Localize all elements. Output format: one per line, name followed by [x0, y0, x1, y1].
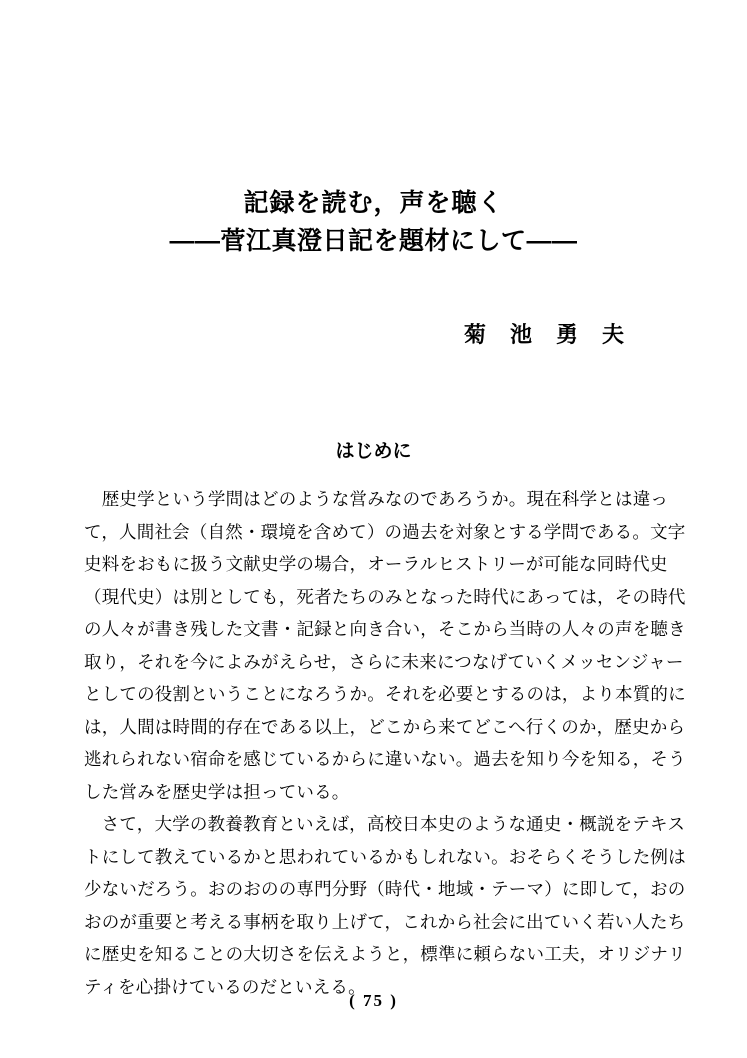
- text-line: て，人間社会（自然・環境を含めて）の過去を対象とする学問である。文字: [84, 516, 668, 549]
- text-line: した営みを歴史学は担っている。: [84, 776, 668, 809]
- text-line: 歴史学という学問はどのような営みなのであろうか。現在科学とは違っ: [84, 483, 668, 516]
- document-page: 記録を読む，声を聴く ——菅江真澄日記を題材にして—— 菊 池 勇 夫 はじめに…: [0, 0, 747, 1058]
- text-line: に歴史を知ることの大切さを伝えようと，標準に頼らない工夫，オリジナリ: [84, 938, 668, 971]
- text-line: トにして教えているかと思われているかもしれない。おそらくそうした例は: [84, 841, 668, 874]
- text-line: 逃れられない宿命を感じているからに違いない。過去を知り今を知る，そう: [84, 743, 668, 776]
- article-subtitle: ——菅江真澄日記を題材にして——: [0, 226, 747, 256]
- body-text: 歴史学という学問はどのような営みなのであろうか。現在科学とは違って，人間社会（自…: [84, 483, 668, 1003]
- article-title: 記録を読む，声を聴く: [0, 188, 747, 218]
- article-title-block: 記録を読む，声を聴く ——菅江真澄日記を題材にして——: [0, 188, 747, 256]
- text-line: （現代史）は別としても，死者たちのみとなった時代にあっては，その時代: [84, 581, 668, 614]
- text-line: 史料をおもに扱う文献史学の場合，オーラルヒストリーが可能な同時代史: [84, 548, 668, 581]
- author-name: 菊 池 勇 夫: [0, 318, 625, 349]
- text-line: 取り，それを今によみがえらせ，さらに未来につなげていくメッセンジャー: [84, 646, 668, 679]
- text-line: 少ないだろう。おのおのの専門分野（時代・地域・テーマ）に即して，おの: [84, 873, 668, 906]
- text-line: としての役割ということになろうか。それを必要とするのは，より本質的に: [84, 678, 668, 711]
- text-line: さて，大学の教養教育といえば，高校日本史のような通史・概説をテキス: [84, 808, 668, 841]
- page-number: ( 75 ): [0, 991, 747, 1011]
- section-heading: はじめに: [0, 436, 747, 463]
- text-line: は，人間は時間的存在である以上，どこから来てどこへ行くのか，歴史から: [84, 711, 668, 744]
- text-line: おのが重要と考える事柄を取り上げて，これから社会に出ていく若い人たち: [84, 906, 668, 939]
- text-line: の人々が書き残した文書・記録と向き合い，そこから当時の人々の声を聴き: [84, 613, 668, 646]
